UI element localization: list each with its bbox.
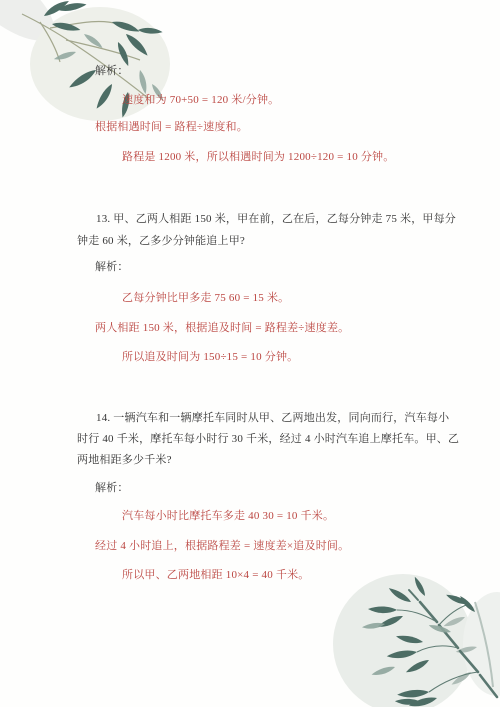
analysis-step: 所以甲、乙两地相距 10×4 = 40 千米。 — [122, 564, 310, 586]
bamboo-stalk — [409, 590, 497, 697]
analysis-label: 解析： — [95, 477, 129, 499]
bamboo-leaves-light — [362, 622, 452, 677]
paper-texture-blob — [0, 0, 66, 55]
analysis-step: 速度和为 70+50 = 120 米/分钟。 — [122, 89, 279, 111]
problem-statement-line: 两地相距多少千米? — [77, 449, 172, 471]
bamboo-leaves-faint — [443, 615, 478, 686]
worksheet-page: 解析： 速度和为 70+50 = 120 米/分钟。 根据相遇时间 = 路程÷速… — [0, 0, 500, 707]
analysis-label: 解析： — [95, 60, 129, 82]
bamboo-stalk-faint — [475, 602, 493, 687]
analysis-step: 乙每分钟比甲多走 75 60 = 15 米。 — [122, 287, 289, 309]
analysis-step: 所以追及时间为 150÷15 = 10 分钟。 — [122, 346, 298, 368]
analysis-step: 路程是 1200 米，所以相遇时间为 1200÷120 = 10 分钟。 — [122, 146, 394, 168]
analysis-step: 根据相遇时间 = 路程÷速度和。 — [95, 116, 248, 138]
bamboo-leaves-dark — [368, 576, 477, 707]
bamboo-branch-bottom-right-icon — [325, 572, 500, 707]
problem-statement-line: 时行 40 千米，摩托车每小时行 30 千米，经过 4 小时汽车追上摩托车。甲、… — [77, 428, 459, 450]
problem-statement-line: 14. 一辆汽车和一辆摩托车同时从甲、乙两地出发，同向而行，汽车每小 — [96, 407, 449, 429]
analysis-step: 两人相距 150 米，根据追及时间 = 路程差÷速度差。 — [95, 317, 349, 339]
analysis-step: 经过 4 小时追上，根据路程差 = 速度差×追及时间。 — [95, 535, 349, 557]
analysis-step: 汽车每小时比摩托车多走 40 30 = 10 千米。 — [122, 505, 334, 527]
problem-statement-line: 钟走 60 米，乙多少分钟能追上甲? — [77, 230, 245, 252]
bamboo-twigs — [397, 604, 478, 692]
bamboo-stems — [22, 14, 148, 98]
analysis-label: 解析： — [95, 256, 129, 278]
problem-statement-line: 13. 甲、乙两人相距 150 米，甲在前，乙在后，乙每分钟走 75 米，甲每分 — [96, 208, 456, 230]
ink-wash-circle-small — [463, 592, 500, 696]
ink-wash-circle — [333, 574, 473, 707]
